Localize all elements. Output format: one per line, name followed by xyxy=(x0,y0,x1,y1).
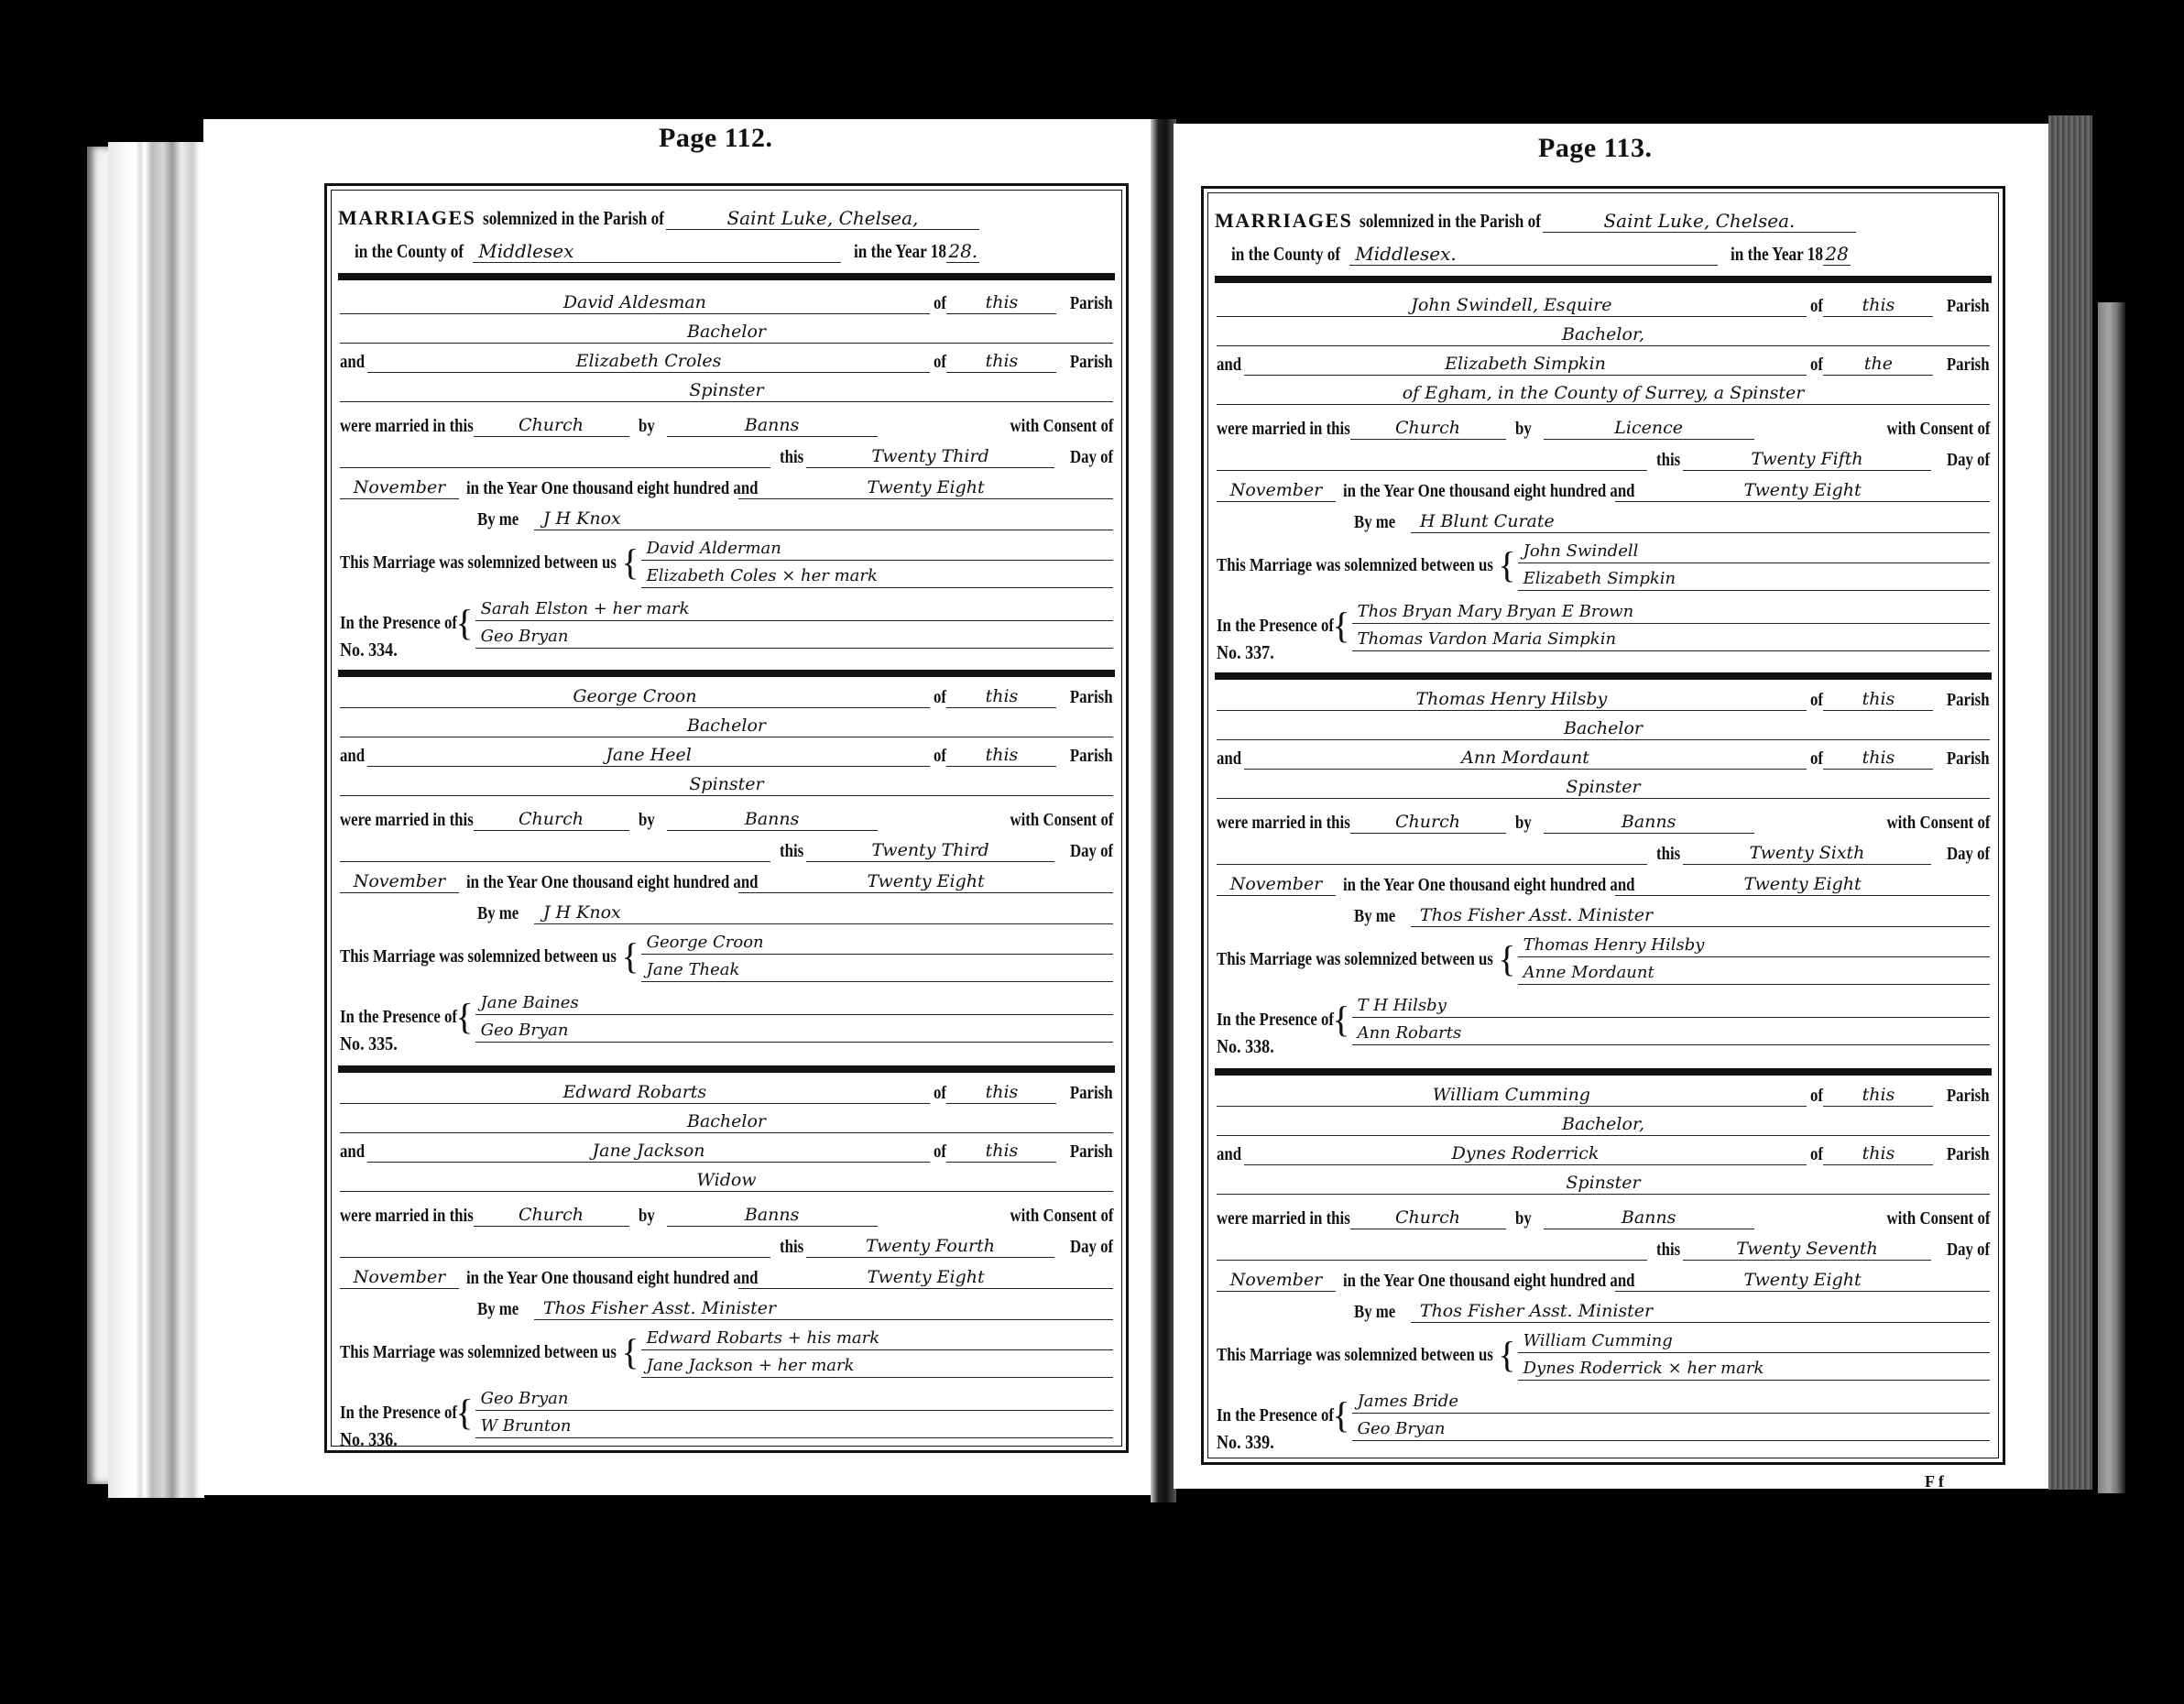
bride-parish: the xyxy=(1823,353,1933,375)
consent-field xyxy=(1217,448,1647,471)
consent-label: with Consent of xyxy=(1886,419,1990,440)
witness-2: Geo Bryan xyxy=(1358,1418,1446,1440)
signature-mark: F f xyxy=(1925,1472,1944,1491)
groom-condition-line: Bachelor xyxy=(340,316,1113,344)
married-line: were married in this Church by Banns wit… xyxy=(340,410,1113,437)
of-label: of xyxy=(1810,355,1823,376)
groom-signature: Thomas Henry Hilsby xyxy=(1523,934,1705,956)
place-field: Church xyxy=(1350,417,1506,440)
year-text-label: in the Year One thousand eight hundred a… xyxy=(1343,875,1635,896)
day-value: Twenty Sixth xyxy=(1683,842,1931,864)
bride-condition-field: Widow xyxy=(340,1169,1113,1192)
officiant-value: Thos Fisher Asst. Minister xyxy=(1411,904,1990,926)
groom-condition-field: Bachelor xyxy=(340,321,1113,344)
by-label: by xyxy=(1515,813,1532,834)
groom-line: Thomas Henry Hilsby of this Parish xyxy=(1217,683,1990,711)
by-field: Banns xyxy=(667,414,878,437)
month-line: November in the Year One thousand eight … xyxy=(340,866,1113,893)
groom-condition-field: Bachelor, xyxy=(1217,323,1990,346)
day-value: Twenty Fourth xyxy=(806,1235,1054,1257)
officiant-field: H Blunt Curate xyxy=(1411,510,1990,533)
groom-parish-field: this xyxy=(946,685,1056,708)
by-me-label: By me xyxy=(477,509,519,530)
of-label: of xyxy=(1810,1086,1823,1107)
officiant-line: By me Thos Fisher Asst. Minister xyxy=(340,1293,1113,1320)
place-field: Church xyxy=(1350,811,1506,834)
parish-label: Parish xyxy=(1947,355,1990,376)
marriage-entry: George Croon of this Parish Bachelor and… xyxy=(340,681,1113,1056)
parish-label: Parish xyxy=(1070,352,1113,373)
bride-condition-line: of Egham, in the County of Surrey, a Spi… xyxy=(1217,377,1990,405)
of-label: of xyxy=(934,687,946,708)
married-label: were married in this xyxy=(1217,419,1350,440)
witness-line: Geo Bryan xyxy=(475,622,1113,649)
place-field: Church xyxy=(474,1204,629,1227)
bride-condition: Spinster xyxy=(1217,776,1990,798)
officiant-line: By me J H Knox xyxy=(340,503,1113,530)
signature-line: Jane Theak xyxy=(641,956,1113,982)
place-value: Church xyxy=(1350,417,1506,439)
marriage-entry: John Swindell, Esquire of this Parish Ba… xyxy=(1217,289,1990,665)
bride-line: and Ann Mordaunt of this Parish xyxy=(1217,742,1990,770)
day-of-label: Day of xyxy=(1947,1240,1990,1261)
married-label: were married in this xyxy=(340,810,474,831)
witness-line: Thomas Vardon Maria Simpkin xyxy=(1352,625,1990,651)
consent-label: with Consent of xyxy=(1886,813,1990,834)
month-field: November xyxy=(340,1266,459,1289)
month-line: November in the Year One thousand eight … xyxy=(340,1262,1113,1289)
groom-signature: Edward Robarts + his mark xyxy=(647,1327,880,1349)
month-value: November xyxy=(340,476,459,498)
consent-label: with Consent of xyxy=(1010,1206,1113,1227)
entry-rule xyxy=(338,670,1115,677)
parish-label: Parish xyxy=(1947,296,1990,317)
of-label: of xyxy=(1810,1144,1823,1165)
solemnized-label: This Marriage was solemnized between us xyxy=(1217,1345,1493,1366)
bride-condition-field: Spinster xyxy=(1217,776,1990,799)
day-of-label: Day of xyxy=(1070,1237,1113,1258)
month-line: November in the Year One thousand eight … xyxy=(1217,868,1990,896)
bride-condition-line: Spinster xyxy=(340,375,1113,402)
day-line: this Twenty Third Day of xyxy=(340,441,1113,468)
this-label: this xyxy=(1656,844,1680,865)
groom-parish: this xyxy=(1823,294,1933,316)
header-rule xyxy=(338,273,1115,280)
bride-parish-field: this xyxy=(1823,747,1933,770)
of-label: of xyxy=(934,293,946,314)
year-text-label: in the Year One thousand eight hundred a… xyxy=(466,478,759,499)
entry-number: No. 337. xyxy=(1217,641,1274,664)
groom-condition-line: Bachelor xyxy=(340,710,1113,737)
bride-condition-field: Spinster xyxy=(340,773,1113,796)
by-field: Banns xyxy=(1544,1207,1754,1229)
year-words-value: Twenty Eight xyxy=(738,870,1113,892)
by-field: Banns xyxy=(667,1204,878,1227)
and-label: and xyxy=(340,746,365,767)
groom-parish: this xyxy=(1823,1084,1933,1106)
brace: { xyxy=(1498,1337,1515,1373)
header-caps: MARRIAGES xyxy=(1215,209,1352,233)
witness-lines: Geo Bryan W Brunton xyxy=(475,1384,1113,1441)
page-stack-left xyxy=(108,142,204,1498)
of-label: of xyxy=(1810,690,1823,711)
year-words-field: Twenty Eight xyxy=(1615,873,1990,896)
by-value: Banns xyxy=(1544,811,1754,833)
by-value: Banns xyxy=(1544,1207,1754,1229)
witness-signatures: In the Presence of { Sarah Elston + her … xyxy=(340,595,1113,651)
groom-parish-field: this xyxy=(946,1081,1056,1104)
year-text-label: in the Year One thousand eight hundred a… xyxy=(466,872,759,893)
bride-signature: Jane Jackson + her mark xyxy=(647,1355,855,1377)
day-line: this Twenty Fourth Day of xyxy=(340,1230,1113,1258)
couple-signatures: This Marriage was solemnized between us … xyxy=(340,534,1113,591)
witness-lines: T H Hilsby Ann Robarts xyxy=(1352,991,1990,1048)
groom-signature: George Croon xyxy=(647,932,764,954)
groom-condition-line: Bachelor xyxy=(1217,713,1990,740)
month-value: November xyxy=(340,870,459,892)
officiant-value: Thos Fisher Asst. Minister xyxy=(1411,1300,1990,1322)
month-line: November in the Year One thousand eight … xyxy=(1217,1264,1990,1292)
groom-parish-field: this xyxy=(1823,1084,1933,1107)
witness-signatures: In the Presence of { James Bride Geo Bry… xyxy=(1217,1387,1990,1444)
married-line: were married in this Church by Banns wit… xyxy=(340,803,1113,831)
couple-signatures: This Marriage was solemnized between us … xyxy=(1217,537,1990,594)
year-words-value: Twenty Eight xyxy=(1615,479,1990,501)
consent-label: with Consent of xyxy=(1010,810,1113,831)
by-me-label: By me xyxy=(477,1299,519,1320)
solemnized-label: This Marriage was solemnized between us xyxy=(340,946,617,967)
of-label: of xyxy=(1810,748,1823,770)
parish-label: Parish xyxy=(1070,687,1113,708)
witness-line: T H Hilsby xyxy=(1352,991,1990,1018)
witness-line: Thos Bryan Mary Bryan E Brown xyxy=(1352,597,1990,624)
brace: { xyxy=(1498,941,1515,978)
groom-condition: Bachelor xyxy=(340,1110,1113,1132)
bride-condition-line: Widow xyxy=(340,1164,1113,1192)
this-label: this xyxy=(780,447,803,468)
groom-condition-line: Bachelor, xyxy=(1217,319,1990,346)
month-value: November xyxy=(340,1266,459,1288)
officiant-field: J H Knox xyxy=(534,508,1113,530)
marriage-entry: Thomas Henry Hilsby of this Parish Bache… xyxy=(1217,683,1990,1059)
witness-line: Jane Baines xyxy=(475,989,1113,1015)
groom-field: David Aldesman xyxy=(340,291,930,314)
entry-number: No. 334. xyxy=(340,639,398,661)
day-line: this Twenty Fifth Day of xyxy=(1217,443,1990,471)
groom-parish-field: this xyxy=(1823,688,1933,711)
married-line: were married in this Church by Licence w… xyxy=(1217,412,1990,440)
bride-signature: Dynes Roderrick × her mark xyxy=(1523,1358,1764,1380)
groom-name: Edward Robarts xyxy=(340,1081,930,1103)
page-number: Page 112. xyxy=(659,123,773,154)
this-label: this xyxy=(1656,1240,1680,1261)
parish-label: Parish xyxy=(1070,746,1113,767)
signature-line: Jane Jackson + her mark xyxy=(641,1351,1113,1378)
groom-name: John Swindell, Esquire xyxy=(1217,294,1807,316)
bride-field: Elizabeth Croles xyxy=(367,350,930,373)
entry-number: No. 338. xyxy=(1217,1035,1274,1058)
married-label: were married in this xyxy=(1217,813,1350,834)
groom-name: David Aldesman xyxy=(340,291,930,313)
day-of-label: Day of xyxy=(1947,450,1990,471)
marriage-entry: Edward Robarts of this Parish Bachelor a… xyxy=(340,1076,1113,1452)
month-value: November xyxy=(1217,1269,1336,1291)
year-label: in the Year 18 xyxy=(854,240,946,263)
bride-condition-field: of Egham, in the County of Surrey, a Spi… xyxy=(1217,382,1990,405)
signature-line: John Swindell xyxy=(1518,537,1990,563)
day-field: Twenty Fifth xyxy=(1683,448,1931,471)
parish-value: Saint Luke, Chelsea, xyxy=(666,207,979,230)
presence-label: In the Presence of xyxy=(340,613,457,634)
consent-label: with Consent of xyxy=(1010,416,1113,437)
place-field: Church xyxy=(1350,1207,1506,1229)
groom-parish-field: this xyxy=(946,291,1056,314)
groom-condition-field: Bachelor xyxy=(1217,717,1990,740)
year-words-field: Twenty Eight xyxy=(738,476,1113,499)
solemnized-label: This Marriage was solemnized between us xyxy=(1217,949,1493,970)
consent-field xyxy=(340,1235,770,1258)
couple-signatures: This Marriage was solemnized between us … xyxy=(340,928,1113,985)
witness-1: James Bride xyxy=(1358,1391,1458,1413)
consent-field xyxy=(340,445,770,468)
brace: { xyxy=(455,605,473,641)
groom-line: Edward Robarts of this Parish xyxy=(340,1076,1113,1104)
bride-signature: Anne Mordaunt xyxy=(1523,962,1654,984)
by-field: Banns xyxy=(667,808,878,831)
bride-condition-line: Spinster xyxy=(1217,1167,1990,1195)
groom-parish: this xyxy=(946,1081,1056,1103)
bride-name: Elizabeth Croles xyxy=(367,350,930,372)
and-label: and xyxy=(1217,355,1241,376)
consent-field xyxy=(1217,842,1647,865)
bride-name: Elizabeth Simpkin xyxy=(1244,353,1807,375)
year-words-field: Twenty Eight xyxy=(738,1266,1113,1289)
county-value: Middlesex. xyxy=(1349,243,1718,266)
consent-field xyxy=(340,839,770,862)
this-label: this xyxy=(780,1237,803,1258)
solemnized-label: This Marriage was solemnized between us xyxy=(340,552,617,573)
month-line: November in the Year One thousand eight … xyxy=(1217,475,1990,502)
brace: { xyxy=(455,999,473,1035)
witness-signatures: In the Presence of { Jane Baines Geo Bry… xyxy=(340,989,1113,1045)
month-field: November xyxy=(340,870,459,893)
witness-line: Sarah Elston + her mark xyxy=(475,595,1113,621)
parish-label: Parish xyxy=(1947,690,1990,711)
groom-name: George Croon xyxy=(340,685,930,707)
year-words-value: Twenty Eight xyxy=(1615,873,1990,895)
bride-line: and Elizabeth Simpkin of the Parish xyxy=(1217,348,1990,376)
groom-field: George Croon xyxy=(340,685,930,708)
signature-line: Elizabeth Simpkin xyxy=(1518,564,1990,591)
book-gutter xyxy=(1151,119,1176,1502)
entry-rule xyxy=(338,1065,1115,1073)
groom-condition: Bachelor xyxy=(340,715,1113,737)
by-field: Licence xyxy=(1544,417,1754,440)
entry-rule xyxy=(1215,672,1992,680)
witness-lines: Jane Baines Geo Bryan xyxy=(475,989,1113,1045)
witness-line: Geo Bryan xyxy=(1352,1415,1990,1441)
and-label: and xyxy=(340,1141,365,1163)
witness-line: W Brunton xyxy=(475,1412,1113,1438)
groom-field: Thomas Henry Hilsby xyxy=(1217,688,1807,711)
register-frame: MARRIAGES solemnized in the Parish of Sa… xyxy=(1201,186,2005,1465)
married-line: were married in this Church by Banns wit… xyxy=(1217,1202,1990,1229)
bride-condition-line: Spinster xyxy=(1217,771,1990,799)
month-line: November in the Year One thousand eight … xyxy=(340,472,1113,499)
county-value: Middlesex xyxy=(473,240,841,263)
groom-condition: Bachelor xyxy=(340,321,1113,343)
day-field: Twenty Fourth xyxy=(806,1235,1054,1258)
day-value: Twenty Fifth xyxy=(1683,448,1931,470)
register-header: MARRIAGES solemnized in the Parish of Sa… xyxy=(1215,200,1992,271)
groom-condition-line: Bachelor xyxy=(340,1106,1113,1133)
place-field: Church xyxy=(474,808,629,831)
header-text: solemnized in the Parish of xyxy=(1360,210,1541,233)
presence-label: In the Presence of xyxy=(340,1403,457,1424)
officiant-value: J H Knox xyxy=(534,508,1113,530)
bride-line: and Elizabeth Croles of this Parish xyxy=(340,345,1113,373)
signature-line: Dynes Roderrick × her mark xyxy=(1518,1354,1990,1381)
signature-lines: William Cumming Dynes Roderrick × her ma… xyxy=(1518,1327,1990,1383)
month-value: November xyxy=(1217,873,1336,895)
witness-2: Ann Robarts xyxy=(1358,1022,1462,1044)
by-me-label: By me xyxy=(1354,512,1395,533)
month-field: November xyxy=(340,476,459,499)
consent-field xyxy=(1217,1238,1647,1261)
officiant-line: By me J H Knox xyxy=(340,897,1113,924)
and-label: and xyxy=(1217,748,1241,770)
groom-line: George Croon of this Parish xyxy=(340,681,1113,708)
bride-line: and Jane Jackson of this Parish xyxy=(340,1135,1113,1163)
marriage-entry: William Cumming of this Parish Bachelor,… xyxy=(1217,1079,1990,1455)
groom-field: Edward Robarts xyxy=(340,1081,930,1104)
year-words-value: Twenty Eight xyxy=(738,476,1113,498)
day-of-label: Day of xyxy=(1947,844,1990,865)
day-of-label: Day of xyxy=(1070,447,1113,468)
bride-parish-field: this xyxy=(946,1140,1056,1163)
officiant-line: By me H Blunt Curate xyxy=(1217,506,1990,533)
bride-condition: Spinster xyxy=(1217,1172,1990,1194)
signature-lines: Thomas Henry Hilsby Anne Mordaunt xyxy=(1518,931,1990,988)
married-line: were married in this Church by Banns wit… xyxy=(1217,806,1990,834)
register-header: MARRIAGES solemnized in the Parish of Sa… xyxy=(338,197,1115,268)
officiant-value: Thos Fisher Asst. Minister xyxy=(534,1297,1113,1319)
county-label: in the County of xyxy=(1231,243,1340,266)
bride-parish: this xyxy=(946,1140,1056,1162)
signature-line: George Croon xyxy=(641,928,1113,955)
groom-name: William Cumming xyxy=(1217,1084,1807,1106)
parish-label: Parish xyxy=(1947,748,1990,770)
year-value: 28. xyxy=(946,240,979,263)
groom-condition-field: Bachelor xyxy=(340,1110,1113,1133)
witness-signatures: In the Presence of { T H Hilsby Ann Roba… xyxy=(1217,991,1990,1048)
of-label: of xyxy=(934,1141,946,1163)
parish-label: Parish xyxy=(1070,1083,1113,1104)
signature-lines: Edward Robarts + his mark Jane Jackson +… xyxy=(641,1324,1113,1381)
header-rule xyxy=(1215,276,1992,283)
of-label: of xyxy=(934,352,946,373)
presence-label: In the Presence of xyxy=(340,1007,457,1028)
and-label: and xyxy=(340,352,365,373)
county-label: in the County of xyxy=(355,240,464,263)
place-value: Church xyxy=(1350,811,1506,833)
witness-signatures: In the Presence of { Thos Bryan Mary Bry… xyxy=(1217,597,1990,654)
witness-1: T H Hilsby xyxy=(1358,995,1447,1017)
day-of-label: Day of xyxy=(1070,841,1113,862)
by-value: Licence xyxy=(1544,417,1754,439)
groom-parish-field: this xyxy=(1823,294,1933,317)
by-label: by xyxy=(1515,419,1532,440)
witness-lines: Sarah Elston + her mark Geo Bryan xyxy=(475,595,1113,651)
day-field: Twenty Seventh xyxy=(1683,1238,1931,1261)
month-field: November xyxy=(1217,873,1336,896)
officiant-field: Thos Fisher Asst. Minister xyxy=(534,1297,1113,1320)
of-label: of xyxy=(1810,296,1823,317)
signature-lines: George Croon Jane Theak xyxy=(641,928,1113,985)
groom-parish: this xyxy=(1823,688,1933,710)
officiant-value: J H Knox xyxy=(534,901,1113,923)
by-label: by xyxy=(639,416,655,437)
groom-condition-line: Bachelor, xyxy=(1217,1109,1990,1136)
signature-line: Thomas Henry Hilsby xyxy=(1518,931,1990,957)
signature-line: Anne Mordaunt xyxy=(1518,958,1990,985)
bride-name: Dynes Roderrick xyxy=(1244,1142,1807,1164)
presence-label: In the Presence of xyxy=(1217,1405,1334,1426)
by-label: by xyxy=(1515,1208,1532,1229)
month-field: November xyxy=(1217,1269,1336,1292)
register-frame: MARRIAGES solemnized in the Parish of Sa… xyxy=(324,183,1129,1453)
groom-condition-field: Bachelor xyxy=(340,715,1113,737)
of-label: of xyxy=(934,1083,946,1104)
consent-label: with Consent of xyxy=(1886,1208,1990,1229)
signature-line: Elizabeth Coles × her mark xyxy=(641,562,1113,588)
witness-line: Geo Bryan xyxy=(475,1384,1113,1411)
brace: { xyxy=(621,544,639,581)
brace: { xyxy=(1332,1397,1349,1434)
married-line: were married in this Church by Banns wit… xyxy=(340,1199,1113,1227)
bride-parish-field: this xyxy=(1823,1142,1933,1165)
bride-field: Jane Jackson xyxy=(367,1140,930,1163)
bride-parish: this xyxy=(946,350,1056,372)
presence-label: In the Presence of xyxy=(1217,1010,1334,1031)
bride-parish-field: the xyxy=(1823,353,1933,376)
brace: { xyxy=(455,1394,473,1431)
page-number: Page 113. xyxy=(1538,133,1653,164)
groom-condition-field: Bachelor, xyxy=(1217,1113,1990,1136)
signature-lines: David Alderman Elizabeth Coles × her mar… xyxy=(641,534,1113,591)
witness-line: Ann Robarts xyxy=(1352,1019,1990,1045)
bride-name: Ann Mordaunt xyxy=(1244,747,1807,769)
entry-number: No. 335. xyxy=(340,1032,398,1055)
by-me-label: By me xyxy=(1354,1302,1395,1323)
bride-name: Jane Heel xyxy=(367,744,930,766)
by-label: by xyxy=(639,810,655,831)
this-label: this xyxy=(780,841,803,862)
year-words-field: Twenty Eight xyxy=(1615,1269,1990,1292)
by-label: by xyxy=(639,1206,655,1227)
bride-line: and Jane Heel of this Parish xyxy=(340,739,1113,767)
bride-field: Elizabeth Simpkin xyxy=(1244,353,1807,376)
of-label: of xyxy=(934,746,946,767)
place-value: Church xyxy=(474,414,629,436)
groom-condition: Bachelor, xyxy=(1217,323,1990,345)
bride-field: Dynes Roderrick xyxy=(1244,1142,1807,1165)
groom-signature: David Alderman xyxy=(647,538,781,560)
married-label: were married in this xyxy=(1217,1208,1350,1229)
witness-2: W Brunton xyxy=(481,1415,572,1437)
bride-field: Ann Mordaunt xyxy=(1244,747,1807,770)
bride-condition: of Egham, in the County of Surrey, a Spi… xyxy=(1217,382,1990,404)
